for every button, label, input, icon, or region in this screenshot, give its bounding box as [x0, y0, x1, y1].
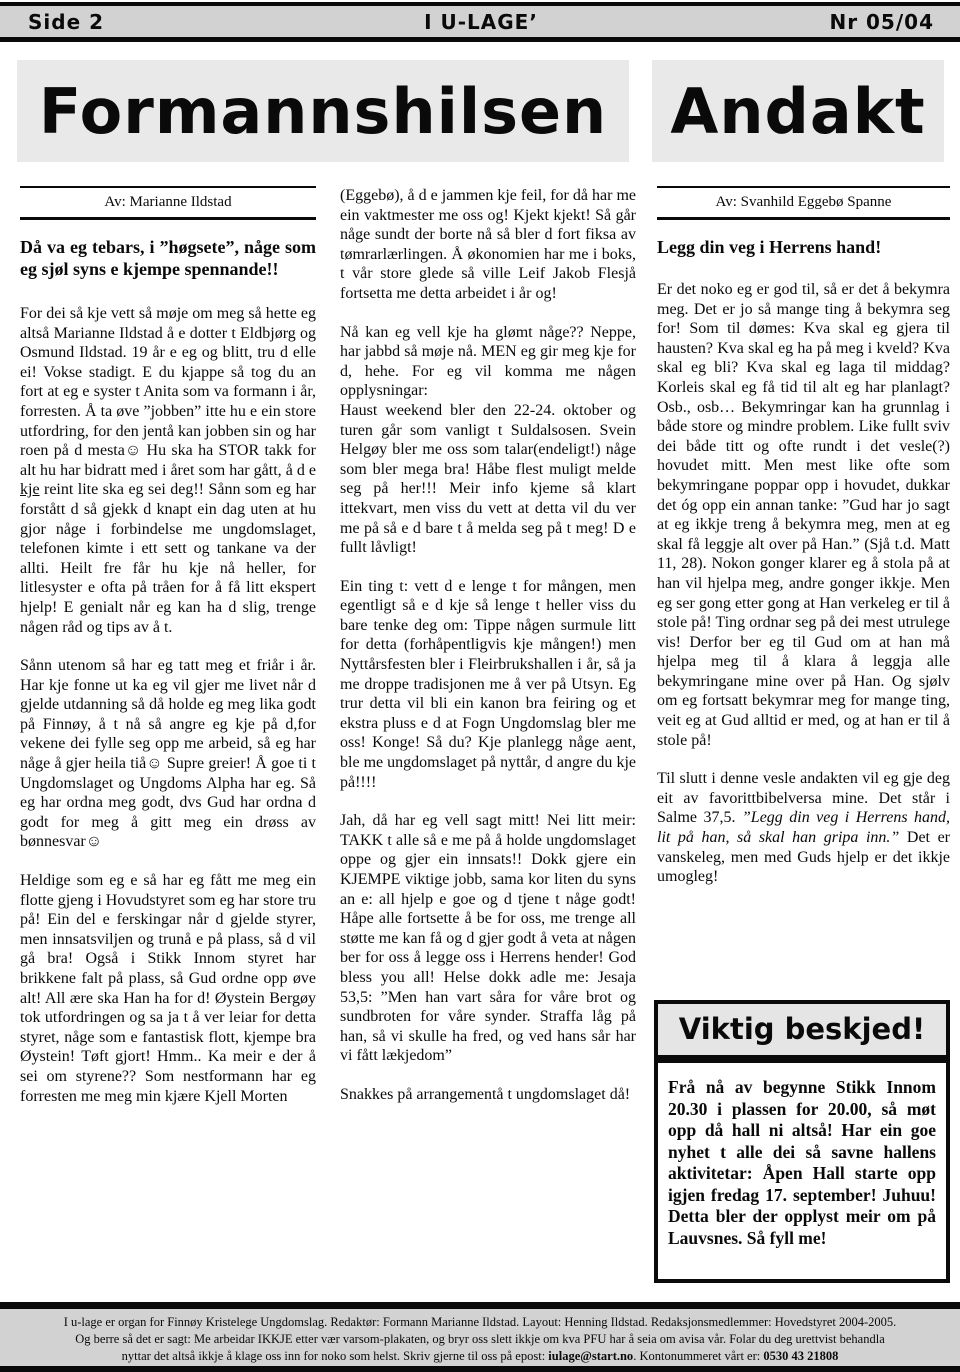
- formannshilsen-column-2: (Eggebø), å d e jammen kje feil, for då …: [340, 186, 636, 1124]
- footer-line-3: nyttar det altså ikkje å klage oss inn f…: [0, 1348, 960, 1365]
- formannshilsen-closing: Snakkes på arrangementå t ungdomslaget d…: [340, 1085, 636, 1105]
- footer-line-1: I u-lage er organ for Finnøy Kristelege …: [0, 1314, 960, 1331]
- headline-formannshilsen: Formannshilsen: [17, 60, 629, 162]
- paragraph-text: reint lite ska eg sei deg!! Sånn som eg …: [20, 481, 316, 635]
- andakt-heading: Legg din veg i Herrens hand!: [657, 236, 950, 258]
- formannshilsen-paragraph-5: Nå kan eg vell kje ha glømt någe?? Neppe…: [340, 323, 636, 401]
- footer-email: iulage@start.no: [548, 1349, 633, 1363]
- formannshilsen-intro: Då va eg tebars, i ”høgsete”, någe som e…: [20, 236, 316, 280]
- formannshilsen-column-1: Av: Marianne Ildstad Då va eg tebars, i …: [20, 186, 316, 1125]
- page-number: Side 2: [0, 10, 268, 34]
- formannshilsen-paragraph-6: Haust weekend bler den 22-24. oktober og…: [340, 401, 636, 558]
- underlined-word: kje: [20, 481, 40, 498]
- viktig-beskjed-title: Viktig beskjed!: [654, 1000, 950, 1059]
- andakt-paragraph-2: Til slutt i denne vesle andakten vil eg …: [657, 769, 950, 887]
- footer-text: nyttar det altså ikkje å klage oss inn f…: [122, 1349, 549, 1363]
- formannshilsen-paragraph-8: Jah, då har eg vell sagt mitt! Nei litt …: [340, 811, 636, 1066]
- page-header-bar: Side 2 I U-LAGE’ Nr 05/04: [0, 2, 960, 42]
- footer-account-number: 0530 43 21808: [763, 1349, 838, 1363]
- formannshilsen-paragraph-1: For dei så kje vett så møje om meg så he…: [20, 304, 316, 637]
- masthead-title: I U-LAGE’: [268, 10, 694, 34]
- andakt-column: Av: Svanhild Eggebø Spanne Legg din veg …: [657, 186, 950, 906]
- viktig-beskjed-box: Viktig beskjed! Frå nå av begynne Stikk …: [654, 1000, 950, 1283]
- formannshilsen-paragraph-4: (Eggebø), å d e jammen kje feil, for då …: [340, 186, 636, 304]
- issue-number: Nr 05/04: [694, 10, 960, 34]
- byline-marianne-ildstad: Av: Marianne Ildstad: [20, 186, 316, 220]
- formannshilsen-paragraph-7: Ein ting t: vett d e lenge t for mången,…: [340, 577, 636, 793]
- formannshilsen-paragraph-3: Heldige som eg e så har eg fått me meg e…: [20, 871, 316, 1106]
- byline-svanhild-eggebo-spanne: Av: Svanhild Eggebø Spanne: [657, 186, 950, 220]
- footer-text: . Kontonummeret vårt er:: [633, 1349, 763, 1363]
- formannshilsen-paragraph-2: Sånn utenom så har eg tatt meg et friår …: [20, 656, 316, 852]
- page-footer: I u-lage er organ for Finnøy Kristelege …: [0, 1302, 960, 1372]
- footer-line-2: Og berre så det er sagt: Me arbeidar IKK…: [0, 1331, 960, 1348]
- viktig-beskjed-body: Frå nå av begynne Stikk Innom 20.30 i pl…: [654, 1059, 950, 1283]
- andakt-paragraph-1: Er det noko eg er god til, så er det å b…: [657, 280, 950, 750]
- headline-andakt: Andakt: [652, 60, 944, 162]
- paragraph-text: For dei så kje vett så møje om meg så he…: [20, 305, 316, 479]
